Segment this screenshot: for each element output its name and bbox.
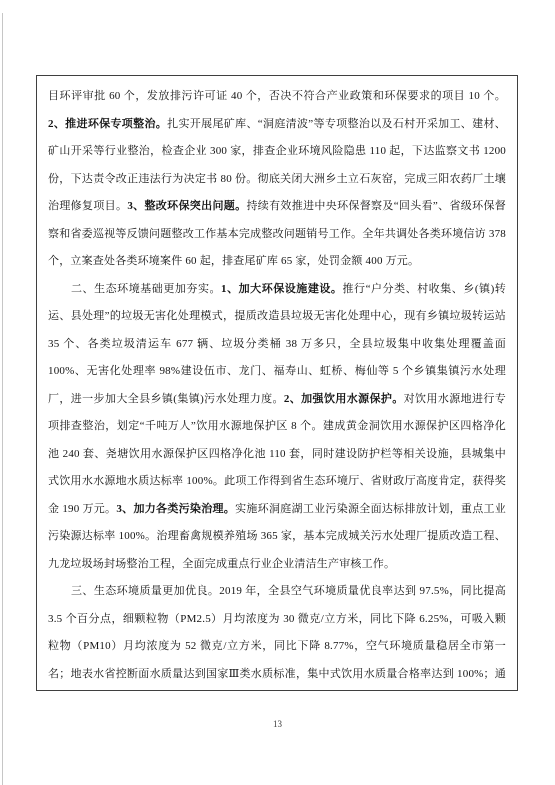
paragraph-3: 三、生态环境质量更加优良。2019 年，全县空气环境质量优良率达到 97.5%，… [48, 578, 506, 691]
text-run: 目环评审批 60 个，发放排污许可证 40 个，否决不符合产业政策和环保要求的项… [48, 90, 506, 102]
bold-heading: 2、推进环保专项整治。 [48, 118, 167, 130]
bold-heading: 3、整改环保突出问题。 [127, 200, 246, 212]
paragraph-2: 二、生态环境基础更加夯实。1、加大环保设施建设。推行“户分类、村收集、乡(镇)转… [48, 276, 506, 579]
text-run: 对饮用水源地进行专项排查整治，划定“千吨万人”饮用水源地保护区 8 个。建成黄金… [48, 393, 506, 515]
text-run: 三、生态环境质量更加优良。2019 年，全县空气环境质量优良率达到 97.5%，… [48, 585, 506, 691]
page-number: 13 [0, 719, 555, 729]
text-run: 扎实开展尾矿库、“洞庭清波”等专项整治以及石村开采加工、建材、矿山开采等行业整治… [48, 118, 506, 213]
page-edge-line [2, 13, 3, 785]
paragraph-1: 目环评审批 60 个，发放排污许可证 40 个，否决不符合产业政策和环保要求的项… [48, 83, 506, 276]
text-run: 二、生态环境基础更加夯实。 [71, 283, 221, 295]
bold-heading: 1、加大环保设施建设。 [221, 283, 342, 295]
bold-heading: 3、加力各类污染治理。 [116, 503, 235, 515]
bold-heading: 2、加强饮用水源保护。 [284, 393, 404, 405]
text-run: 推行“户分类、村收集、乡(镇)转运、县处理”的垃圾无害化处理模式，提质改造县垃圾… [48, 283, 506, 405]
document-page: 目环评审批 60 个，发放排污许可证 40 个，否决不符合产业政策和环保要求的项… [0, 0, 555, 785]
content-cell: 目环评审批 60 个，发放排污许可证 40 个，否决不符合产业政策和环保要求的项… [36, 75, 518, 691]
